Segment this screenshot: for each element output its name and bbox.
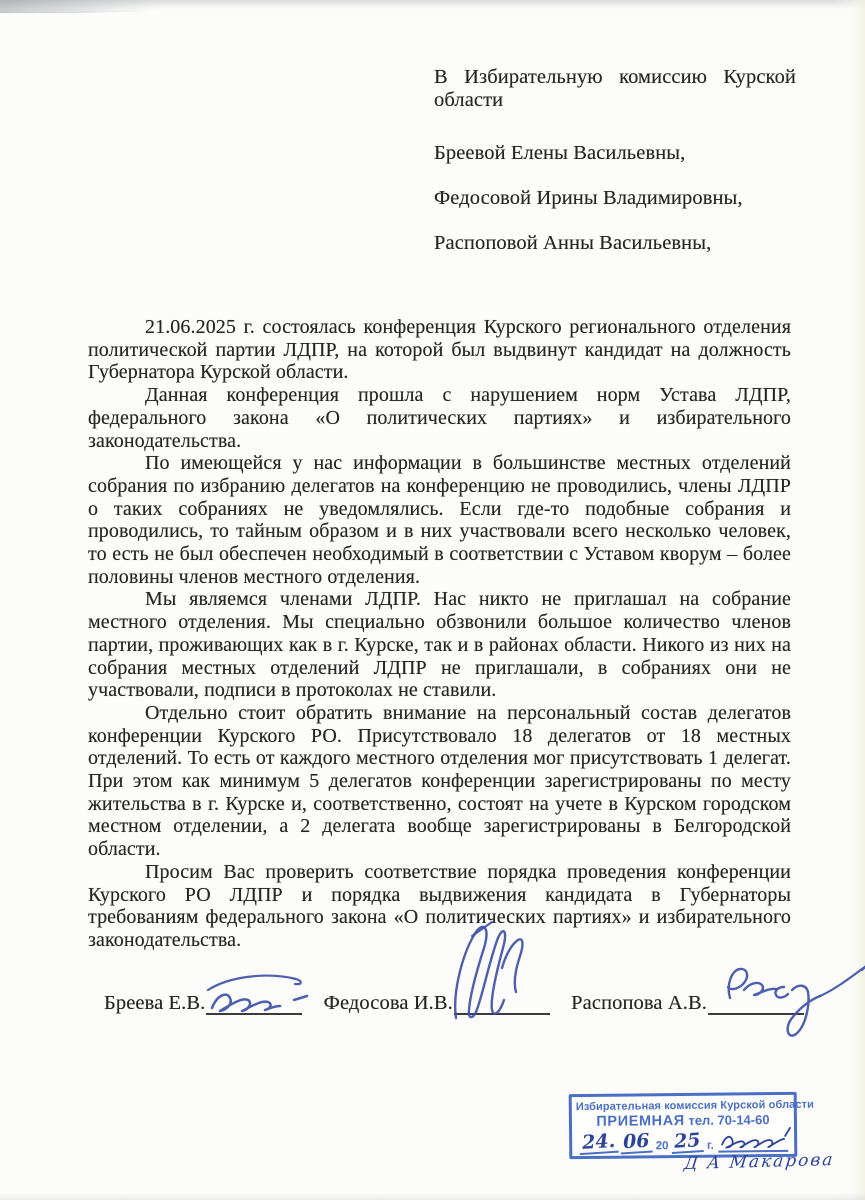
scan-edge-artifact-bottom bbox=[0, 1193, 865, 1200]
signature-line bbox=[454, 992, 550, 1015]
stamp-org-line: Избирательная комиссия Курской области bbox=[576, 1099, 790, 1113]
paragraph-members-not-invited: Мы являемся членами ЛДПР. Нас никто не п… bbox=[88, 588, 791, 702]
signatory-fedosova: Федосова И.В. bbox=[324, 992, 550, 1015]
stamp-reception-label: ПРИЕМНАЯ bbox=[596, 1113, 685, 1130]
scanned-letter-page: В Избирательную комиссию Курской области… bbox=[0, 0, 865, 1200]
stamp-year-suffix: г. bbox=[707, 1140, 714, 1152]
signature-raspopova-ink bbox=[710, 954, 865, 1054]
paragraph-delegate-composition: Отдельно стоит обратить внимание на перс… bbox=[88, 702, 791, 861]
reception-stamp: Избирательная комиссия Курской области П… bbox=[569, 1092, 798, 1159]
recipient-line-fedosova: Федосовой Ирины Владимировны, bbox=[434, 187, 796, 210]
signatory-raspopova: Распопова А.В. bbox=[571, 992, 804, 1015]
signature-line bbox=[708, 992, 804, 1015]
recipient-line-raspopova: Распоповой Анны Васильевны, bbox=[434, 232, 796, 255]
scan-edge-artifact-top bbox=[0, 0, 865, 9]
letter-body: 21.06.2025 г. состоялась конференция Кур… bbox=[88, 316, 791, 952]
handwritten-day: 24. bbox=[579, 1132, 619, 1155]
recipient-line-breeva: Бреевой Елены Васильевны, bbox=[434, 142, 796, 165]
signature-line bbox=[206, 992, 302, 1015]
paragraph-violations: Данная конференция прошла с нарушением н… bbox=[88, 384, 791, 452]
signatory-name: Бреева Е.В. bbox=[104, 992, 205, 1015]
stamp-date-row: 24. 06 20 25 г. bbox=[576, 1130, 790, 1154]
recipient-line-commission: В Избирательную комиссию Курской области bbox=[434, 66, 796, 112]
signature-fedosova-ink bbox=[440, 916, 536, 1028]
signatory-name: Распопова А.В. bbox=[571, 992, 707, 1015]
signatory-name: Федосова И.В. bbox=[324, 992, 453, 1015]
handwritten-stamp-signature-ink bbox=[718, 1124, 792, 1153]
handwritten-month: 06 bbox=[620, 1131, 654, 1154]
stamp-year-prefix: 20 bbox=[656, 1140, 669, 1152]
paragraph-no-local-meetings: По имеющейся у нас информации в большинс… bbox=[88, 452, 791, 588]
recipient-block: В Избирательную комиссию Курской области… bbox=[434, 66, 796, 277]
paragraph-conference-held: 21.06.2025 г. состоялась конференция Кур… bbox=[88, 316, 791, 384]
handwritten-year: 25 bbox=[671, 1131, 705, 1154]
handwritten-clerk-name: Д А Макарова bbox=[683, 1150, 836, 1174]
signatory-breeva: Бреева Е.В. bbox=[104, 992, 302, 1015]
signature-breeva-ink bbox=[202, 970, 314, 1018]
signature-row: Бреева Е.В. Федосова И.В. Распопова А. bbox=[104, 992, 804, 1015]
scan-edge-artifact-top-left bbox=[0, 0, 210, 13]
stamp-signature-slot bbox=[718, 1130, 788, 1153]
